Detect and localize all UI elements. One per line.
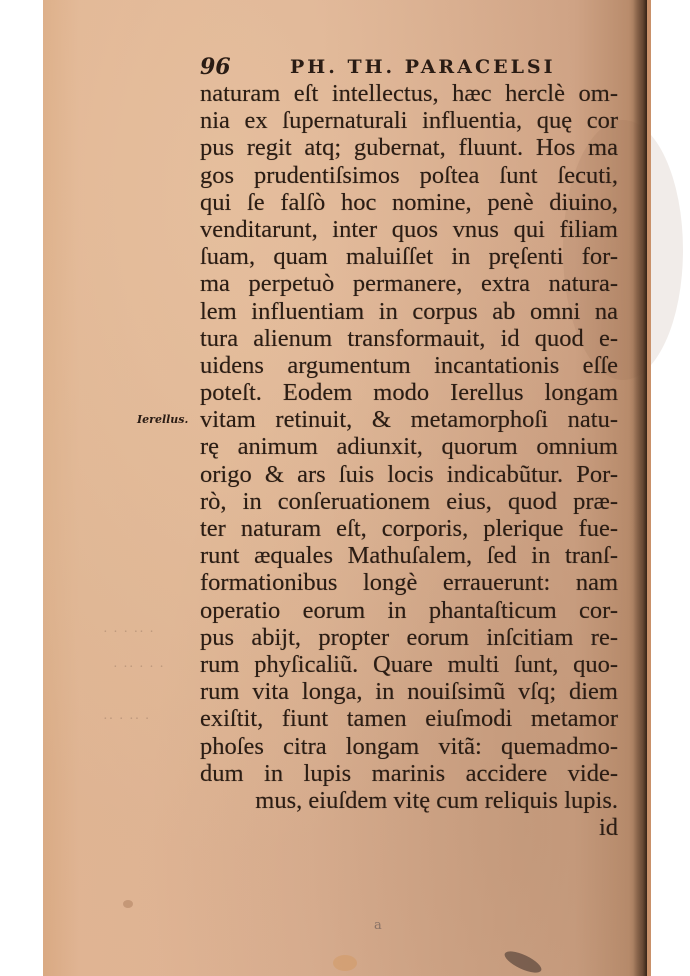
text-line: pus abijt, propter eorum inſcitiam re- [200,624,618,651]
text-line: lem influentiam in corpus ab omni na [200,298,618,325]
text-line: rò, in conſeruationem eius, quod præ- [200,488,618,515]
text-line: venditarunt, inter quos vnus qui filiam [200,216,618,243]
text-line: ma perpetuò permanere, extra natura- [200,270,618,297]
running-head: 96 PH. TH. PARACELSI [200,52,620,82]
show-through-text: · · · ·· · [103,625,155,641]
text-line: qui ſe falſò hoc nomine, penè diuino, [200,189,618,216]
text-line: mus, eiuſdem vitę cum reliquis lupis. [200,787,618,814]
text-line: nia ex ſupernaturali influentia, quę cor [200,107,618,134]
text-line: ter naturam eſt, corporis, plerique fue- [200,515,618,542]
show-through-text: · ·· · · · [113,660,165,676]
text-line: rum vita longa, in nouiſsimũ vſq; diem [200,678,618,705]
text-line: operatio eorum in phantaſticum cor- [200,597,618,624]
page-number: 96 [200,54,231,80]
text-line: pus regit atq; gubernat, fluunt. Hos ma [200,134,618,161]
body-text: naturam eſt intellectus, hæc herclè om- … [200,80,620,841]
text-line: poteſt. Eodem modo Ierellus longam [200,379,618,406]
foxing-stain [502,947,544,976]
text-line: runt æquales Mathuſalem, ſed in tranſ- [200,542,618,569]
foxing-stain [333,955,357,971]
text-line: rum phyſicaliũ. Quare multi ſunt, quo- [200,651,618,678]
catchword: id [200,814,618,841]
text-line: ſuam, quam maluiſſet in pręſenti for- [200,243,618,270]
text-line: rę animum adiunxit, quorum omnium [200,433,618,460]
text-line: phoſes citra longam vitã: quemadmo- [200,733,618,760]
text-line: formationibus longè errauerunt: nam [200,569,618,596]
text-line: gos prudentiſsimos poſtea ſunt ſecuti, [200,162,618,189]
show-through-text: ·· · ·· · [103,712,150,728]
text-line: uidens argumentum incantationis eſſe [200,352,618,379]
text-line: dum in lupis marinis accidere vide- [200,760,618,787]
page-edge [647,0,651,976]
foxing-stain [123,900,133,908]
margin-note: Ierellus. [137,413,188,426]
text-line: tura alienum transformauit, id quod e- [200,325,618,352]
pencil-mark: a [374,918,382,933]
running-title: PH. TH. PARACELSI [290,56,556,78]
text-line: exiſtit, fiunt tamen eiuſmodi metamor [200,705,618,732]
text-line: vitam retinuit, & metamorphoſi natu- [200,406,618,433]
text-line: naturam eſt intellectus, hæc herclè om- [200,80,618,107]
text-line: origo & ars ſuis locis indicabũtur. Por- [200,461,618,488]
gutter-shadow [633,0,647,976]
